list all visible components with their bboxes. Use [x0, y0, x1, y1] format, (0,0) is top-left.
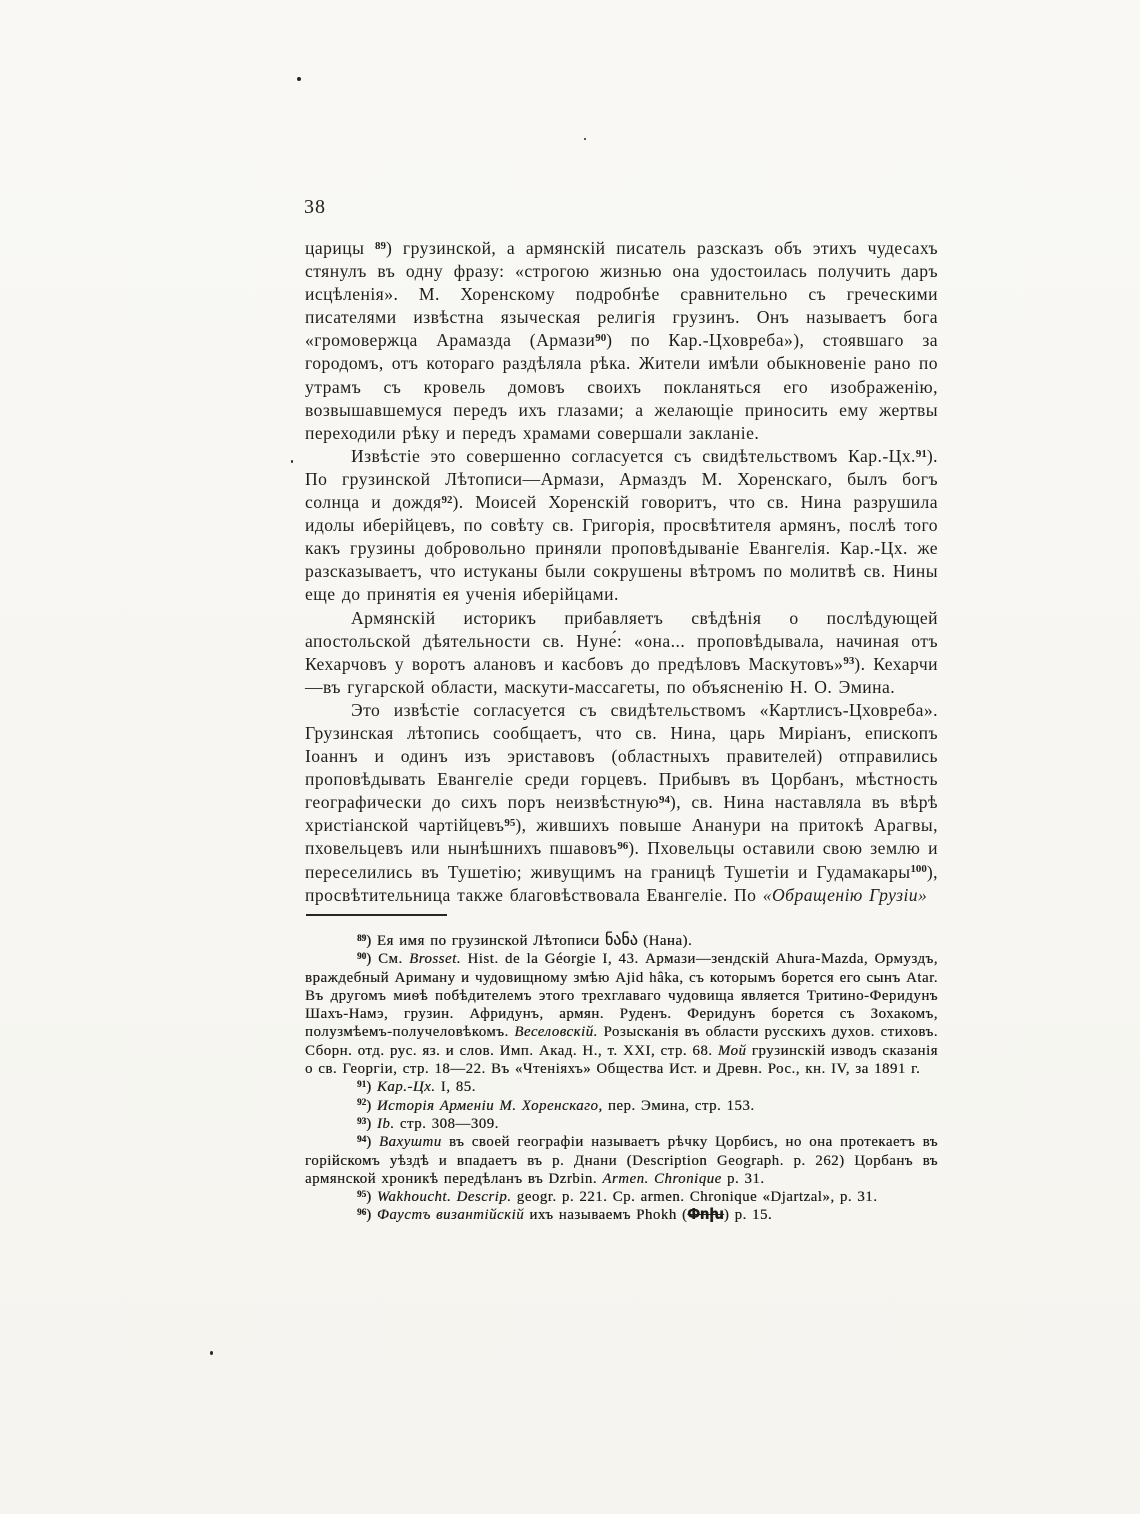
body-paragraph-2: Извѣстіе это совершенно согласуется съ с… — [305, 445, 938, 607]
footnote-marker-90: 90 — [357, 951, 366, 961]
ink-speck — [584, 138, 586, 140]
italic-text: Веселовскій. — [514, 1024, 598, 1040]
italic-text: Мой — [718, 1043, 747, 1059]
footnote-96: 96) Фаустъ византійскій ихъ называемъ Ph… — [305, 1206, 938, 1224]
footnote-92: 92) Исторія Арменіи М. Хоренскаго, пер. … — [305, 1097, 938, 1115]
footnote-ref-100: 100 — [910, 863, 926, 875]
armenian-word: Փոխ — [687, 1206, 723, 1223]
footnotes: 89) Ея имя по грузинской Лѣтописи ნანა (… — [305, 931, 938, 1225]
body-paragraph-4: Это извѣстіе согласуется съ свидѣтельств… — [305, 699, 938, 907]
footnote-ref-89: 89 — [375, 240, 386, 252]
italic-text: Brosset. — [409, 951, 461, 967]
body-paragraph-3: Армянскій историкъ прибавляетъ свѣдѣнія … — [305, 607, 938, 699]
footnote-90: 90) См. Brosset. Hist. de la Géorgie I, … — [305, 950, 938, 1078]
footnote-89: 89) Ея имя по грузинской Лѣтописи ნანა (… — [305, 931, 938, 950]
footnote-marker-96: 96 — [357, 1207, 366, 1217]
footnote-ref-95: 95 — [504, 817, 515, 829]
italic-text: Armen. Chronique — [602, 1171, 721, 1187]
italic-text: Wakhoucht. Descrip. — [377, 1189, 512, 1205]
ink-speck — [297, 77, 301, 81]
italic-text: Исторія Арменіи М. Хоренскаго — [377, 1098, 599, 1114]
footnote-marker-92: 92 — [357, 1097, 366, 1107]
italic-text: «Обращенію Грузіи» — [763, 885, 928, 905]
footnote-separator — [306, 914, 447, 916]
footnote-marker-95: 95 — [357, 1189, 366, 1199]
italic-text: Ib. — [377, 1116, 395, 1132]
footnote-94: 94) Вахушти въ своей географіи называетъ… — [305, 1133, 938, 1188]
footnote-ref-94: 94 — [659, 794, 670, 806]
book-page: 38 царицы 89) грузинской, а армянскій пи… — [0, 0, 1140, 1514]
italic-text: Кар.-Цх. — [377, 1079, 436, 1095]
footnote-marker-89: 89 — [357, 933, 366, 943]
body-paragraph-1: царицы 89) грузинской, а армянскій писат… — [305, 237, 938, 445]
footnote-marker-94: 94 — [357, 1134, 366, 1144]
georgian-word: ნანა — [605, 930, 638, 949]
footnote-ref-92: 92 — [442, 494, 453, 506]
body-text: царицы 89) грузинской, а армянскій писат… — [305, 237, 938, 907]
page-number: 38 — [304, 196, 326, 219]
footnote-marker-91: 91 — [357, 1079, 366, 1089]
footnote-91: 91) Кар.-Цх. I, 85. — [305, 1078, 938, 1096]
italic-text: Вахушти — [379, 1134, 442, 1150]
footnote-ref-96: 96 — [617, 840, 628, 852]
footnote-ref-90: 90 — [595, 332, 606, 344]
footnote-ref-91: 91 — [916, 448, 927, 460]
footnote-93: 93) Ib. стр. 308—309. — [305, 1115, 938, 1133]
footnote-ref-93: 93 — [843, 655, 854, 667]
italic-text: Фаустъ византійскій — [377, 1207, 524, 1223]
ink-speck — [210, 1351, 213, 1355]
footnote-95: 95) Wakhoucht. Descrip. geogr. p. 221. С… — [305, 1188, 938, 1206]
ink-speck — [291, 460, 293, 463]
footnote-marker-93: 93 — [357, 1116, 366, 1126]
